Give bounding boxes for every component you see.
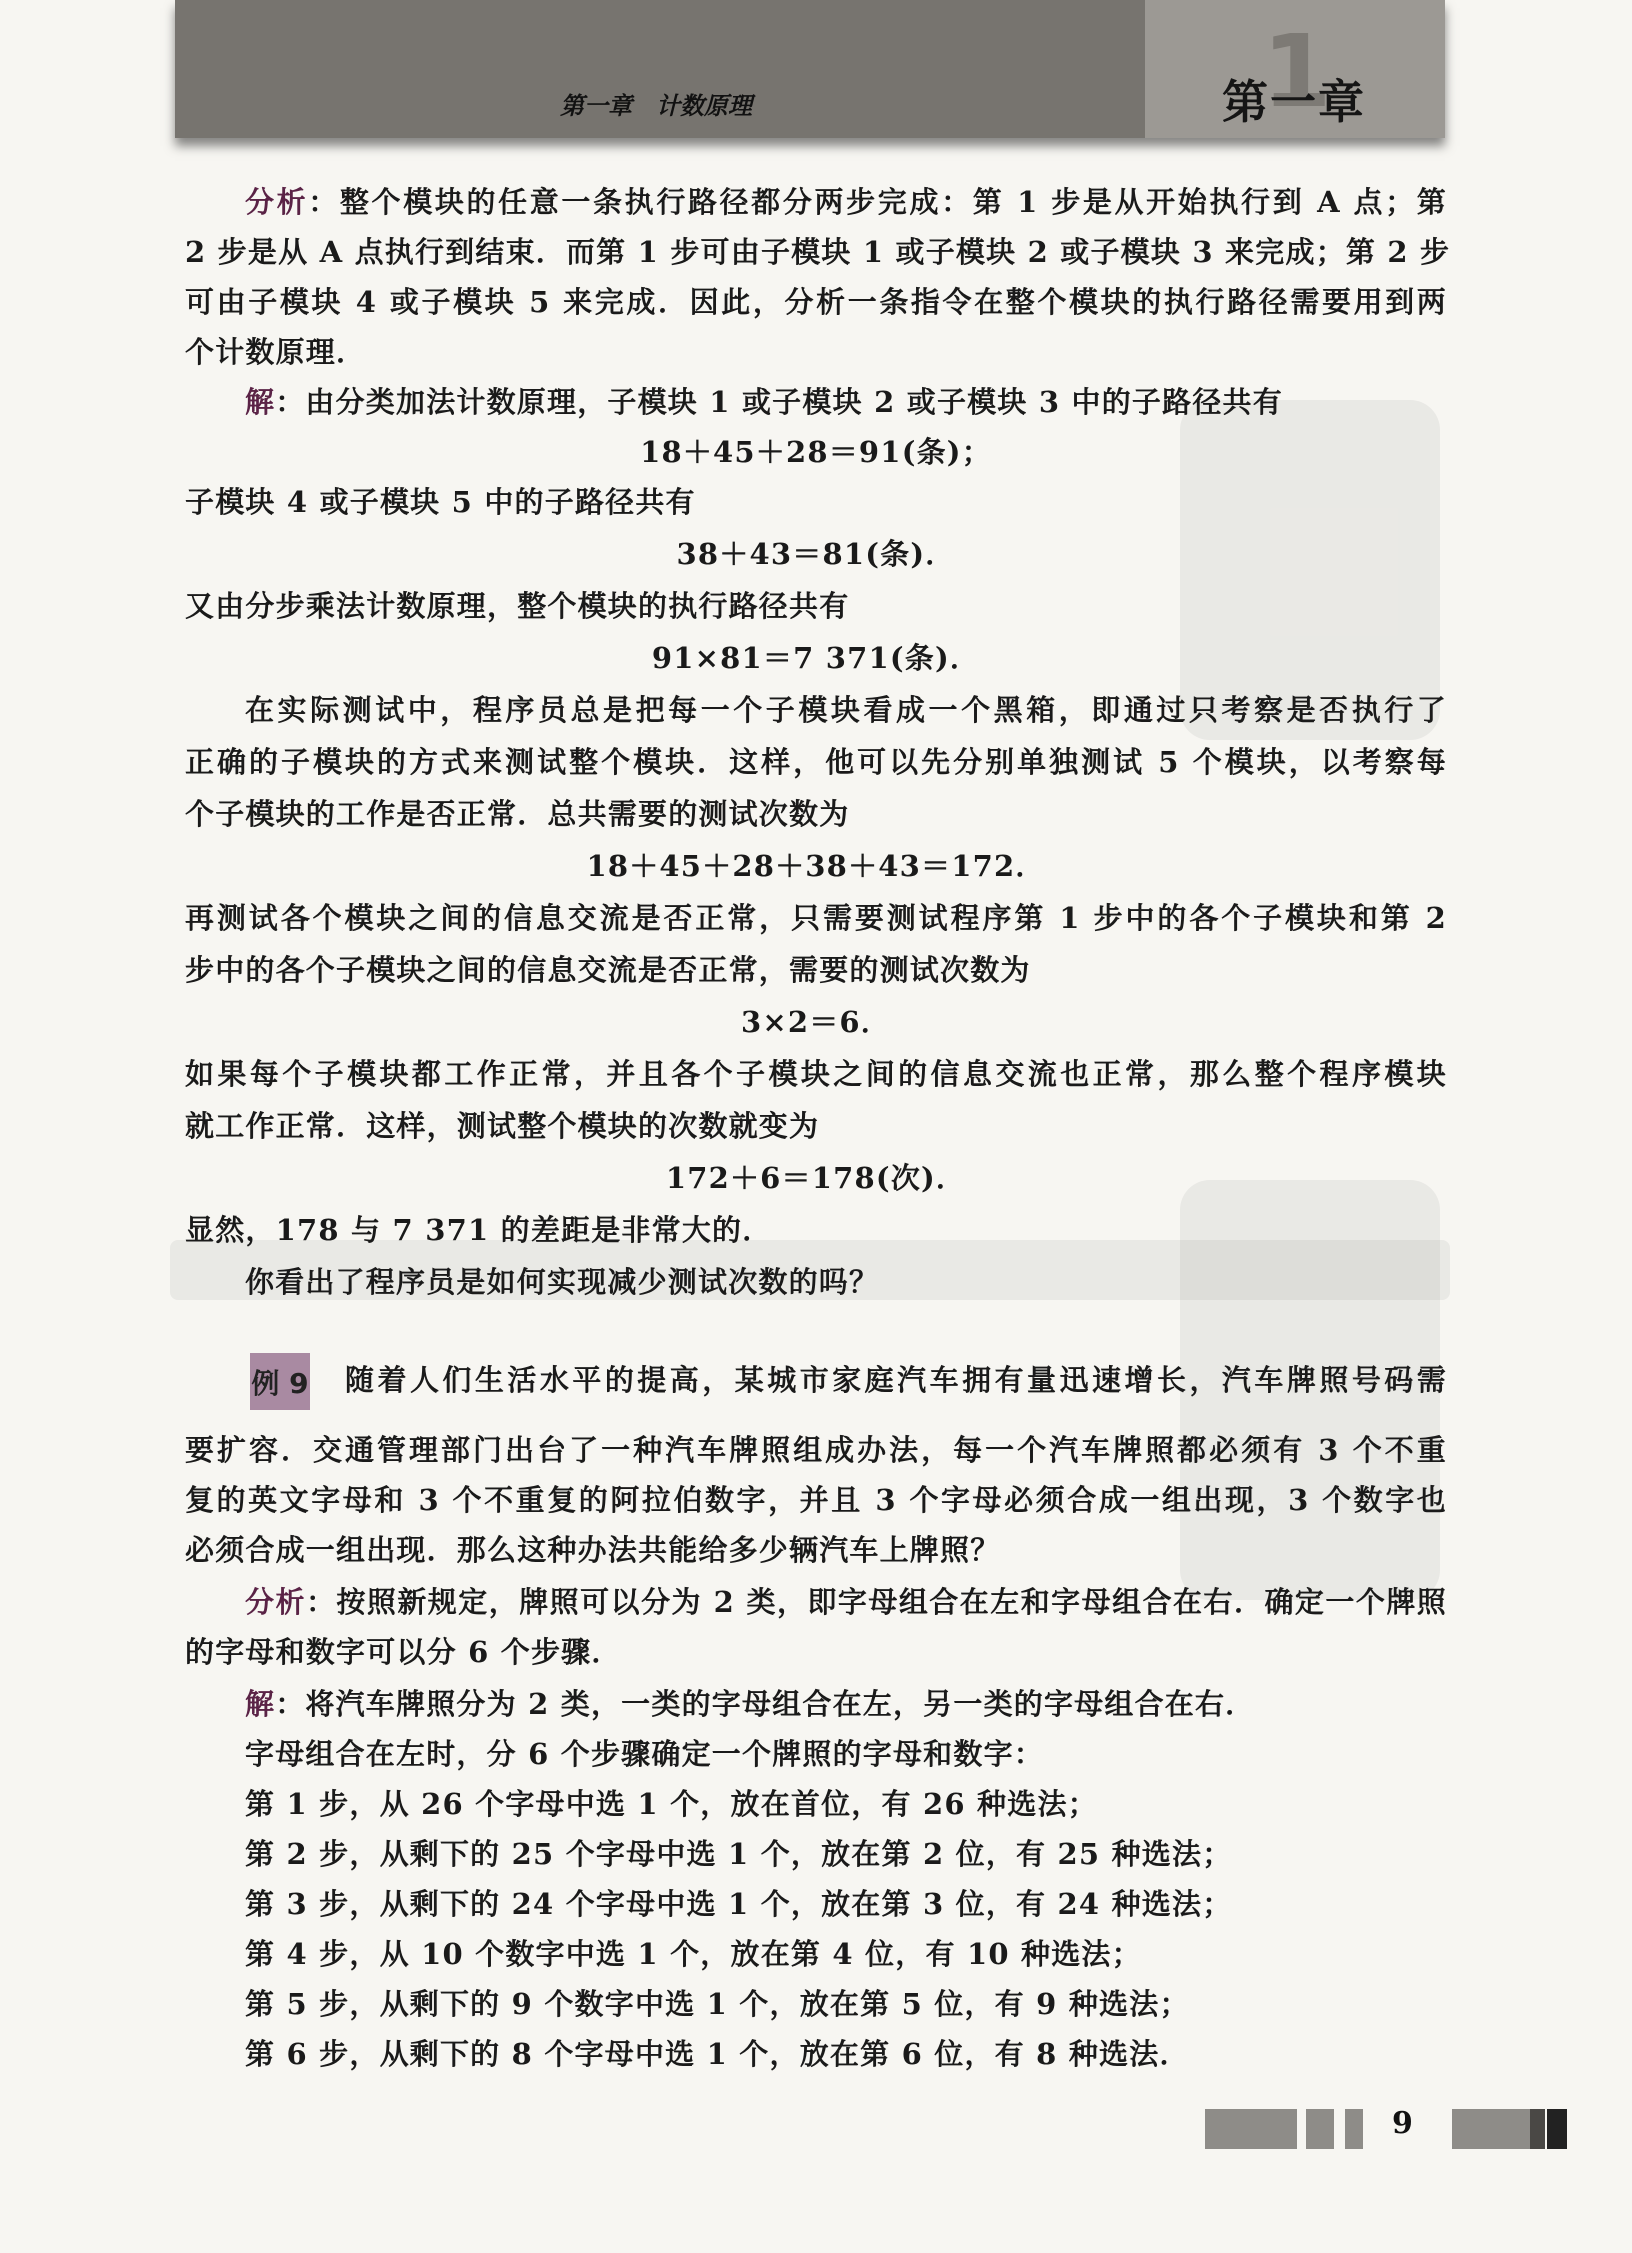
equation-4: 18＋45＋28＋38＋43＝172． [185,846,1447,886]
footer-decor-block [1452,2109,1530,2149]
text-line: 步中的各个子模块之间的信息交流是否正常，需要的测试次数为 [185,950,1031,990]
example-line: 复的英文字母和 3 个不重复的阿拉伯数字，并且 3 个字母必须合成一组出现，3 … [185,1480,1447,1520]
equation-1: 18＋45＋28＝91(条)； [185,432,1447,472]
analysis-line-1: 分析：整个模块的任意一条执行路径都分两步完成：第 1 步是从开始执行到 A 点；… [185,182,1447,222]
analysis-line-3: 可由子模块 4 或子模块 5 来完成．因此，分析一条指令在整个模块的执行路径需要… [185,282,1447,322]
text-line: 个子模块的工作是否正常．总共需要的测试次数为 [185,794,849,834]
step-1: 第 1 步，从 26 个字母中选 1 个，放在首位，有 26 种选法； [245,1784,1098,1824]
footer-decor-block [1306,2109,1334,2149]
question-line: 你看出了程序员是如何实现减少测试次数的吗？ [245,1262,879,1302]
example-solution-intro: 字母组合在左时，分 6 个步骤确定一个牌照的字母和数字： [245,1734,1044,1774]
equation-2: 38＋43＝81(条)． [185,534,1447,574]
example-line: 必须合成一组出现．那么这种办法共能给多少辆汽车上牌照？ [185,1530,1000,1570]
text-line: 如果每个子模块都工作正常，并且各个子模块之间的信息交流也正常，那么整个程序模块 [185,1054,1447,1094]
analysis-line-4: 个计数原理． [185,332,366,372]
footer-decor-block [1205,2109,1297,2149]
page-number: 9 [1392,2106,1413,2141]
step-2: 第 2 步，从剩下的 25 个字母中选 1 个，放在第 2 位，有 25 种选法… [245,1834,1232,1874]
analysis-label: 分析 [245,1585,306,1619]
text-line: 显然，178 与 7 371 的差距是非常大的． [185,1210,772,1250]
text: ：将汽车牌照分为 2 类，一类的字母组合在左，另一类的字母组合在右． [275,1687,1255,1721]
equation-5: 3×2＝6． [185,1002,1447,1042]
solution-label: 解 [245,385,275,419]
example-badge: 例 9 [250,1353,310,1410]
footer-decor-block [1547,2109,1567,2149]
solution-label: 解 [245,1687,275,1721]
equation-6: 172＋6＝178(次)． [185,1158,1447,1198]
running-title: 第一章 计数原理 [560,86,752,121]
text-line: 子模块 4 或子模块 5 中的子路径共有 [185,482,696,522]
text-line: 正确的子模块的方式来测试整个模块．这样，他可以先分别单独测试 5 个模块，以考察… [185,742,1447,782]
analysis-label: 分析 [245,185,308,219]
example-line: 要扩容．交通管理部门出台了一种汽车牌照组成办法，每一个汽车牌照都必须有 3 个不… [185,1430,1447,1470]
analysis-line-2: 2 步是从 A 点执行到结束．而第 1 步可由子模块 1 或子模块 2 或子模块… [185,232,1447,272]
example-first-line: 随着人们生活水平的提高，某城市家庭汽车拥有量迅速增长，汽车牌照号码需 [345,1360,1447,1400]
text: ：按照新规定，牌照可以分为 2 类，即字母组合在左和字母组合在右．确定一个牌照 [306,1585,1447,1619]
step-5: 第 5 步，从剩下的 9 个数字中选 1 个，放在第 5 位，有 9 种选法； [245,1984,1190,2024]
text-line: 又由分步乘法计数原理，整个模块的执行路径共有 [185,586,849,626]
example-analysis-line: 的字母和数字可以分 6 个步骤． [185,1632,622,1672]
step-3: 第 3 步，从剩下的 24 个字母中选 1 个，放在第 3 位，有 24 种选法… [245,1884,1232,1924]
text-line: 就工作正常．这样，测试整个模块的次数就变为 [185,1106,819,1146]
footer-decor-block [1345,2109,1363,2149]
text: ：由分类加法计数原理，子模块 1 或子模块 2 或子模块 3 中的子路径共有 [275,385,1283,419]
text-line: 再测试各个模块之间的信息交流是否正常，只需要测试程序第 1 步中的各个子模块和第… [185,898,1447,938]
step-6: 第 6 步，从剩下的 8 个字母中选 1 个，放在第 6 位，有 8 种选法． [245,2034,1190,2074]
example-solution-line: 解：将汽车牌照分为 2 类，一类的字母组合在左，另一类的字母组合在右． [245,1684,1255,1724]
chapter-label: 第一章 [1222,66,1366,132]
equation-3: 91×81＝7 371(条)． [185,638,1447,678]
example-analysis-line: 分析：按照新规定，牌照可以分为 2 类，即字母组合在左和字母组合在右．确定一个牌… [185,1582,1447,1622]
step-4: 第 4 步，从 10 个数字中选 1 个，放在第 4 位，有 10 种选法； [245,1934,1142,1974]
footer-decor-block [1530,2109,1545,2149]
text: ：整个模块的任意一条执行路径都分两步完成：第 1 步是从开始执行到 A 点；第 [308,185,1447,219]
solution-line: 解：由分类加法计数原理，子模块 1 或子模块 2 或子模块 3 中的子路径共有 [245,382,1283,422]
text-line: 在实际测试中，程序员总是把每一个子模块看成一个黑箱，即通过只考察是否执行了 [185,690,1447,730]
